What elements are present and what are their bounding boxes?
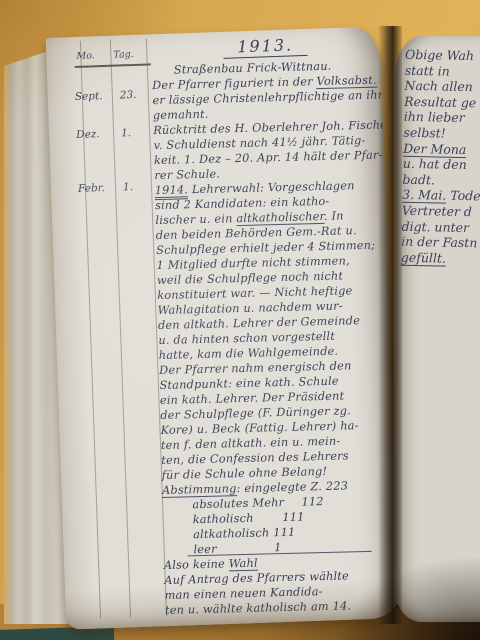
- margin-date-entry: Dez. 1.: [49, 126, 149, 129]
- year-heading-row: 1913.: [146, 32, 385, 61]
- margin-header-underline: [75, 63, 151, 67]
- margin-header-day: Tag.: [113, 49, 134, 61]
- margin-header-month: Mo.: [76, 50, 95, 62]
- right-page-text-column: Obige Wahstatt inNach allenResultat geih…: [401, 47, 480, 268]
- photo-background: Mo. Tag. Sept. 23. Dez. 1. Febr. 1. 1913…: [0, 0, 480, 640]
- year-heading: 1913.: [223, 35, 307, 59]
- margin-date-entry: Sept. 23.: [48, 88, 148, 91]
- date-month: Sept.: [75, 90, 103, 103]
- margin-date-entry: Febr. 1.: [51, 180, 151, 183]
- right-page-line: gefüllt.: [401, 249, 480, 267]
- date-day: 1.: [123, 181, 133, 193]
- manuscript-text-column: Straßenbau Frick-Wittnau.Der Pfarrer fig…: [152, 57, 401, 618]
- date-day: 1.: [121, 127, 131, 139]
- date-day: 23.: [120, 89, 137, 102]
- right-page: Obige Wahstatt inNach allenResultat geih…: [396, 36, 480, 622]
- left-page: Mo. Tag. Sept. 23. Dez. 1. Febr. 1. 1913…: [46, 26, 400, 629]
- date-month: Dez.: [76, 128, 100, 141]
- date-month: Febr.: [78, 182, 105, 195]
